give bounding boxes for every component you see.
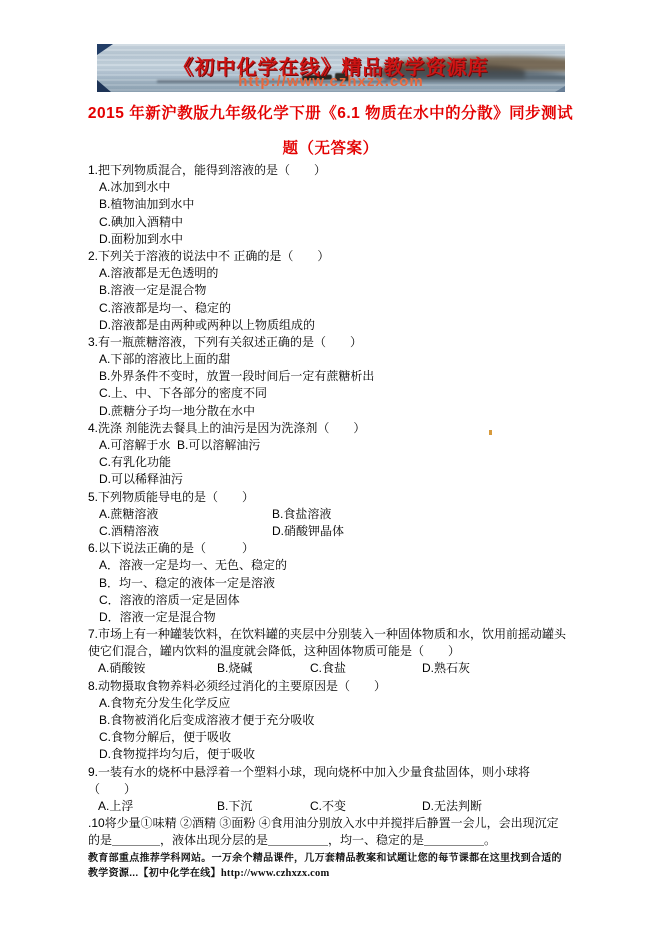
option-line: C．溶液的溶质一定是固体 [88,592,593,609]
option-item: A.蔗糖溶液 [99,506,272,523]
option-line: D．溶液一定是混合物 [88,609,593,626]
option-item: B.烧碱 [217,660,310,677]
option-line: A.可溶解于水 B.可以溶解油污 [88,437,593,454]
option-item: C.食盐 [310,660,422,677]
question-stem-line: .10将少量①味精 ②酒精 ③面粉 ④食用油分别放入水中并搅拌后静置一会儿，会出… [88,815,593,832]
document-title-line1: 2015 年新沪教版九年级化学下册《6.1 物质在水中的分散》同步测试 [0,96,661,131]
question-stem-line: 7.市场上有一种罐装饮料，在饮料罐的夹层中分别装入一种固体物质和水，饮用前摇动罐… [88,626,593,643]
question-stem-line: 3.有一瓶蔗糖溶液，下列有关叙述正确的是（ ） [88,334,593,351]
option-item: A.硝酸铵 [98,660,217,677]
footer-line2: 教学资源...【初中化学在线】http://www.czhxzx.com [88,867,574,882]
question-stem-line: 5.下列物质能导电的是（ ） [88,489,593,506]
document-title-line2: 题（无答案） [0,131,661,166]
option-line: A.下部的溶液比上面的甜 [88,351,593,368]
option-item: D.硝酸钾晶体 [272,523,593,540]
document-title: 2015 年新沪教版九年级化学下册《6.1 物质在水中的分散》同步测试 题（无答… [0,96,661,166]
question-area: 1.把下列物质混合，能得到溶液的是（ ）A.冰加到水中B.植物油加到水中C.碘加… [88,162,593,850]
option-line: A.冰加到水中 [88,179,593,196]
banner-image: 《初中化学在线》精品教学资源库 http://www.czhxzx.com [97,44,565,92]
option-item: C.酒精溶液 [99,523,272,540]
banner-site-url: http://www.czhxzx.com [97,73,565,90]
footer-line2-text: 教学资源...【初中化学在线】 [88,868,221,879]
option-item: A.上浮 [98,798,217,815]
option-line: D.蔗糖分子均一地分散在水中 [88,403,593,420]
option-line: D.食物搅拌均匀后，便于吸收 [88,746,593,763]
footer: 教育部重点推荐学科网站。一万余个精品课件，几万套精品教案和试题让您的每节课都在这… [88,852,574,881]
artifact-dot [489,430,492,435]
footer-line1: 教育部重点推荐学科网站。一万余个精品课件，几万套精品教案和试题让您的每节课都在这… [88,852,574,867]
question-stem-line: 9.一装有水的烧杯中悬浮着一个塑料小球，现向烧杯中加入少量食盐固体，则小球将 [88,764,593,781]
option-line: C.食物分解后，便于吸收 [88,729,593,746]
option-line: D.面粉加到水中 [88,231,593,248]
option-line: A．溶液一定是均一、无色、稳定的 [88,557,593,574]
question-stem-line: 2.下列关于溶液的说法中不 正确的是（ ） [88,248,593,265]
option-line: B.外界条件不变时，放置一段时间后一定有蔗糖析出 [88,368,593,385]
option-line: D.溶液都是由两种或两种以上物质组成的 [88,317,593,334]
option-item: B.下沉 [217,798,310,815]
option-line: B.溶液一定是混合物 [88,282,593,299]
option-line: C.有乳化功能 [88,454,593,471]
question-stem-line: （ ） [88,781,593,798]
option-item: D.无法判断 [422,798,593,815]
option-line: A.食物充分发生化学反应 [88,695,593,712]
option-item: D.熟石灰 [422,660,593,677]
option-line: A.溶液都是无色透明的 [88,265,593,282]
question-stem-line: 6.以下说法正确的是（ ） [88,540,593,557]
footer-url: http://www.czhxzx.com [221,868,330,879]
question-stem-line: 1.把下列物质混合，能得到溶液的是（ ） [88,162,593,179]
option-item: C.不变 [310,798,422,815]
option-line: A.硝酸铵B.烧碱C.食盐D.熟石灰 [88,660,593,677]
option-line: C.上、中、下各部分的密度不同 [88,385,593,402]
option-line: B．均一、稳定的液体一定是溶液 [88,575,593,592]
option-line: C.溶液都是均一、稳定的 [88,300,593,317]
question-stem-line: 4.洗涤 剂能洗去餐具上的油污是因为洗涤剂（ ） [88,420,593,437]
option-line: A.上浮B.下沉C.不变D.无法判断 [88,798,593,815]
option-line: A.蔗糖溶液B.食盐溶液 [88,506,593,523]
option-item: B.食盐溶液 [272,506,593,523]
option-line: D.可以稀释油污 [88,471,593,488]
option-line: B.植物油加到水中 [88,196,593,213]
option-line: B.食物被消化后变成溶液才便于充分吸收 [88,712,593,729]
option-line: C.酒精溶液D.硝酸钾晶体 [88,523,593,540]
question-stem-line: 8.动物摄取食物养料必须经过消化的主要原因是（ ） [88,678,593,695]
question-stem-line: 的是＿＿＿＿，液体出现分层的是＿＿＿＿＿，均一、稳定的是＿＿＿＿＿。 [88,832,593,849]
option-line: C.碘加入酒精中 [88,214,593,231]
question-stem-line: 使它们混合，罐内饮料的温度就会降低，这种固体物质可能是（ ） [88,643,593,660]
